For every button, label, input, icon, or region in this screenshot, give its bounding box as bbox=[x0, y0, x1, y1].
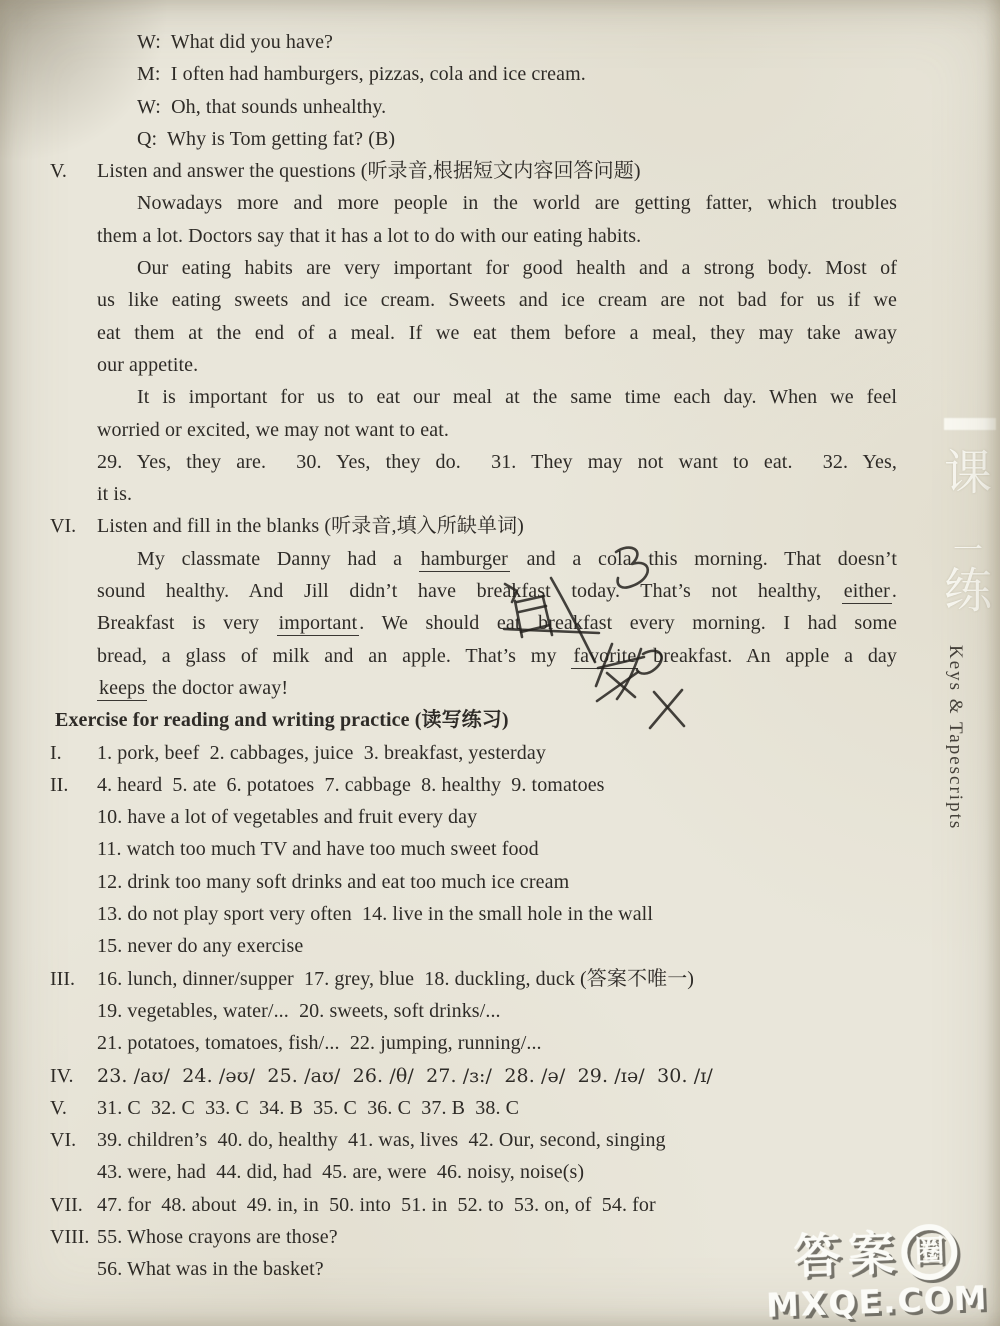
watermark-logo: 答 案 圈 bbox=[764, 1222, 988, 1286]
text-row: Breakfast is very important. We should e… bbox=[0, 607, 1000, 639]
watermark-circle-char: 圈 bbox=[901, 1223, 959, 1281]
text-line: worried or excited, we may not want to e… bbox=[97, 414, 897, 446]
keys-tapescripts-vertical-label: Keys & Tapescripts bbox=[944, 645, 966, 845]
text-row: It is important for us to eat our meal a… bbox=[0, 381, 1000, 413]
underlined-answer-word: either bbox=[842, 580, 892, 604]
text-row: Exercise for reading and writing practic… bbox=[0, 704, 1000, 736]
text-row: W: What did you have? bbox=[0, 26, 1000, 58]
text-line: 23. /aʊ/ 24. /əʊ/ 25. /aʊ/ 26. /θ/ 27. /… bbox=[97, 1060, 897, 1092]
text-line: 29. Yes, they are. 30. Yes, they do. 31.… bbox=[97, 446, 897, 478]
text-line: Nowadays more and more people in the wor… bbox=[97, 187, 897, 219]
underlined-answer-word: important bbox=[277, 612, 360, 636]
section-numeral: III. bbox=[50, 963, 75, 995]
text-line: 16. lunch, dinner/supper 17. grey, blue … bbox=[97, 963, 897, 995]
text-row: Q: Why is Tom getting fat? (B) bbox=[0, 123, 1000, 155]
text-line: Listen and answer the questions (听录音,根据短… bbox=[97, 155, 897, 187]
text-row: W: Oh, that sounds unhealthy. bbox=[0, 91, 1000, 123]
text-row: 15. never do any exercise bbox=[0, 930, 1000, 962]
text-line: 12. drink too many soft drinks and eat t… bbox=[97, 866, 897, 898]
text-row: 43. were, had 44. did, had 45. are, were… bbox=[0, 1156, 1000, 1188]
text-line: 13. do not play sport very often 14. liv… bbox=[97, 898, 897, 930]
text-line: Listen and fill in the blanks (听录音,填入所缺单… bbox=[97, 510, 897, 542]
section-numeral: VII. bbox=[50, 1189, 83, 1221]
text-line: 11. watch too much TV and have too much … bbox=[97, 833, 897, 865]
text-row: Nowadays more and more people in the wor… bbox=[0, 187, 1000, 219]
text-row: 12. drink too many soft drinks and eat t… bbox=[0, 866, 1000, 898]
text-line: 21. potatoes, tomatoes, fish/... 22. jum… bbox=[97, 1027, 897, 1059]
text-line: Our eating habits are very important for… bbox=[97, 252, 897, 284]
text-segment: bread, a glass of milk and an apple. Tha… bbox=[97, 645, 571, 667]
page-edge-tab-mark bbox=[944, 418, 996, 430]
text-line: eat them at the end of a meal. If we eat… bbox=[97, 317, 897, 349]
text-row: sound healthy. And Jill didn’t have brea… bbox=[0, 575, 1000, 607]
text-row: them a lot. Doctors say that it has a lo… bbox=[0, 220, 1000, 252]
text-row: V.Listen and answer the questions (听录音,根… bbox=[0, 155, 1000, 187]
text-row: VII.47. for 48. about 49. in, in 50. int… bbox=[0, 1189, 1000, 1221]
text-line: Exercise for reading and writing practic… bbox=[55, 704, 897, 736]
section-numeral: V. bbox=[50, 1092, 67, 1124]
text-row: 29. Yes, they are. 30. Yes, they do. 31.… bbox=[0, 446, 1000, 478]
text-row: III.16. lunch, dinner/supper 17. grey, b… bbox=[0, 963, 1000, 995]
text-line: 43. were, had 44. did, had 45. are, were… bbox=[97, 1156, 897, 1188]
watermark-char: 答 bbox=[793, 1232, 842, 1281]
text-row: IV.23. /aʊ/ 24. /əʊ/ 25. /aʊ/ 26. /θ/ 27… bbox=[0, 1060, 1000, 1092]
text-segment: and a cola this morning. That doesn’t bbox=[510, 548, 897, 570]
text-segment: the doctor away! bbox=[147, 677, 288, 699]
text-row: VI.Listen and fill in the blanks (听录音,填入… bbox=[0, 510, 1000, 542]
page-edge-series-character: 练 bbox=[940, 568, 996, 616]
section-numeral: VIII. bbox=[50, 1221, 89, 1253]
section-numeral: II. bbox=[50, 769, 68, 801]
text-segment: . We should eat breakfast every morning.… bbox=[359, 612, 897, 634]
text-line: 15. never do any exercise bbox=[97, 930, 897, 962]
page-text-content: W: What did you have?M: I often had hamb… bbox=[0, 0, 1000, 1286]
text-line: M: I often had hamburgers, pizzas, cola … bbox=[137, 58, 897, 90]
section-numeral: V. bbox=[50, 155, 67, 187]
text-line: W: What did you have? bbox=[137, 26, 897, 58]
text-line: 39. children’s 40. do, healthy 41. was, … bbox=[97, 1124, 897, 1156]
underlined-answer-word: favorite bbox=[571, 645, 638, 669]
text-line: it is. bbox=[97, 478, 897, 510]
text-row: 19. vegetables, water/... 20. sweets, so… bbox=[0, 995, 1000, 1027]
watermark-site-url: MXQE.COM bbox=[766, 1281, 990, 1322]
page-edge-series-character: 一 bbox=[940, 536, 996, 566]
text-line: Breakfast is very important. We should e… bbox=[97, 607, 897, 639]
text-row: 13. do not play sport very often 14. liv… bbox=[0, 898, 1000, 930]
text-line: 10. have a lot of vegetables and fruit e… bbox=[97, 801, 897, 833]
text-line: 31. C 32. C 33. C 34. B 35. C 36. C 37. … bbox=[97, 1092, 897, 1124]
text-row: keeps the doctor away! bbox=[0, 672, 1000, 704]
text-row: bread, a glass of milk and an apple. Tha… bbox=[0, 640, 1000, 672]
text-row: 11. watch too much TV and have too much … bbox=[0, 833, 1000, 865]
text-segment: . bbox=[892, 580, 897, 602]
text-row: I.1. pork, beef 2. cabbages, juice 3. br… bbox=[0, 737, 1000, 769]
text-segment: Breakfast is very bbox=[97, 612, 277, 634]
text-segment: My classmate Danny had a bbox=[137, 548, 419, 570]
section-numeral: I. bbox=[50, 737, 62, 769]
text-row: our appetite. bbox=[0, 349, 1000, 381]
text-row: Our eating habits are very important for… bbox=[0, 252, 1000, 284]
text-line: keeps the doctor away! bbox=[97, 672, 897, 704]
scanned-textbook-page: W: What did you have?M: I often had hamb… bbox=[0, 0, 1000, 1326]
text-line: 4. heard 5. ate 6. potatoes 7. cabbage 8… bbox=[97, 769, 897, 801]
text-line: Q: Why is Tom getting fat? (B) bbox=[137, 123, 897, 155]
text-line: 1. pork, beef 2. cabbages, juice 3. brea… bbox=[97, 737, 897, 769]
text-row: 10. have a lot of vegetables and fruit e… bbox=[0, 801, 1000, 833]
text-line: our appetite. bbox=[97, 349, 897, 381]
text-line: W: Oh, that sounds unhealthy. bbox=[137, 91, 897, 123]
text-row: My classmate Danny had a hamburger and a… bbox=[0, 543, 1000, 575]
section-numeral: IV. bbox=[50, 1060, 74, 1092]
page-edge-series-character: 课 bbox=[940, 450, 996, 498]
text-line: sound healthy. And Jill didn’t have brea… bbox=[97, 575, 897, 607]
text-row: it is. bbox=[0, 478, 1000, 510]
text-segment: breakfast. An apple a day bbox=[638, 645, 897, 667]
text-line: It is important for us to eat our meal a… bbox=[97, 381, 897, 413]
text-row: V.31. C 32. C 33. C 34. B 35. C 36. C 37… bbox=[0, 1092, 1000, 1124]
site-watermark: 答 案 圈 MXQE.COM bbox=[764, 1222, 990, 1322]
text-line: 19. vegetables, water/... 20. sweets, so… bbox=[97, 995, 897, 1027]
text-line: 47. for 48. about 49. in, in 50. into 51… bbox=[97, 1189, 897, 1221]
text-row: II.4. heard 5. ate 6. potatoes 7. cabbag… bbox=[0, 769, 1000, 801]
underlined-answer-word: hamburger bbox=[419, 548, 510, 572]
watermark-char: 案 bbox=[847, 1230, 896, 1279]
text-row: us like eating sweets and ice cream. Swe… bbox=[0, 284, 1000, 316]
text-line: them a lot. Doctors say that it has a lo… bbox=[97, 220, 897, 252]
text-row: worried or excited, we may not want to e… bbox=[0, 414, 1000, 446]
underlined-answer-word: keeps bbox=[97, 677, 147, 701]
text-row: M: I often had hamburgers, pizzas, cola … bbox=[0, 58, 1000, 90]
text-row: eat them at the end of a meal. If we eat… bbox=[0, 317, 1000, 349]
text-row: 21. potatoes, tomatoes, fish/... 22. jum… bbox=[0, 1027, 1000, 1059]
text-segment: sound healthy. And Jill didn’t have brea… bbox=[97, 580, 842, 602]
section-numeral: VI. bbox=[50, 510, 76, 542]
text-row: VI.39. children’s 40. do, healthy 41. wa… bbox=[0, 1124, 1000, 1156]
text-line: My classmate Danny had a hamburger and a… bbox=[97, 543, 897, 575]
text-line: us like eating sweets and ice cream. Swe… bbox=[97, 284, 897, 316]
text-line: bread, a glass of milk and an apple. Tha… bbox=[97, 640, 897, 672]
section-numeral: VI. bbox=[50, 1124, 76, 1156]
